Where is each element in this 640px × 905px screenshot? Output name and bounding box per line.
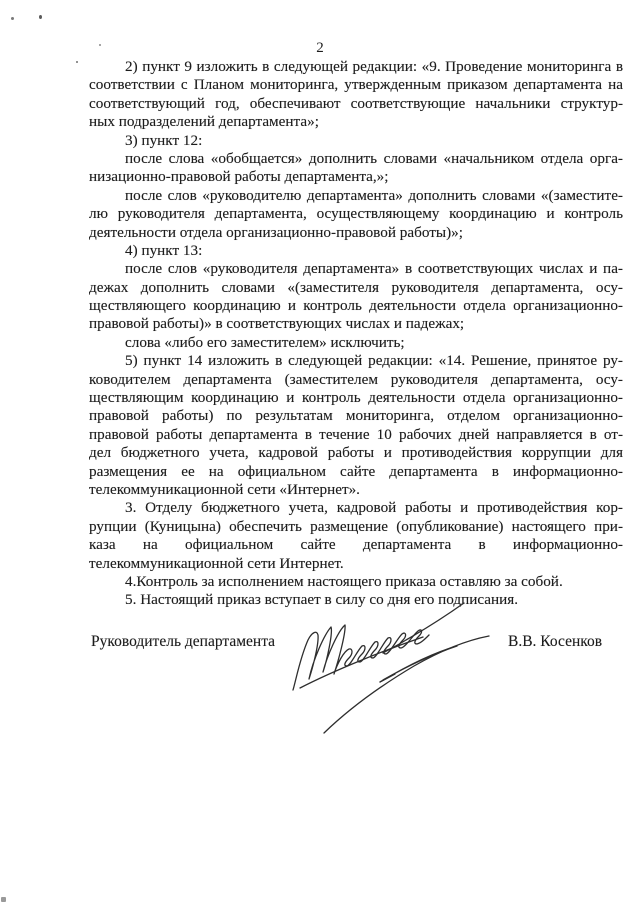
text-line: телекоммуникационной сети Интернет.	[89, 555, 623, 573]
text-line: после слова «обобщается» дополнить слова…	[89, 150, 623, 168]
text-line: размещения ее на официальном сайте депар…	[89, 463, 623, 481]
text-line: 3) пункт 12:	[89, 132, 623, 150]
scan-speck	[11, 17, 14, 20]
text-line: после слов «руководителю департамента» д…	[89, 187, 623, 205]
text-line: правовой работы)» в соответствующих числ…	[89, 315, 623, 333]
paragraph: 4) пункт 13:	[89, 242, 623, 260]
text-line: соответствующий год, обеспечивают соотве…	[89, 95, 623, 113]
text-line: ществляющего координацию и контроль деят…	[89, 297, 623, 315]
text-line: 5) пункт 14 изложить в следующей редакци…	[89, 352, 623, 370]
text-line: 2) пункт 9 изложить в следующей редакции…	[89, 58, 623, 76]
scan-speck	[76, 61, 78, 63]
signatory-name: В.В. Косенков	[508, 632, 602, 651]
scan-speck	[39, 15, 42, 19]
signature-block: Руководитель департамента В.В. Косенков	[0, 632, 640, 802]
paragraph: 3. Отделу бюджетного учета, кадровой раб…	[89, 499, 623, 573]
page-number: 2	[0, 40, 640, 56]
signature-role: Руководитель департамента	[91, 632, 275, 651]
text-line: дежах дополнить словами «(заместителя ру…	[89, 279, 623, 297]
text-line: лю руководителя департамента, осуществля…	[89, 205, 623, 223]
text-line: дел бюджетного учета, кадровой работы и …	[89, 444, 623, 462]
scan-speck	[99, 44, 101, 46]
paragraph: после слова «обобщается» дополнить слова…	[89, 150, 623, 187]
paragraph: 4.Контроль за исполнением настоящего при…	[89, 573, 623, 591]
text-line: телекоммуникационной сети «Интернет».	[89, 481, 623, 499]
text-line: ных подразделений департамента»;	[89, 113, 623, 131]
signature-scribble-icon	[280, 590, 520, 750]
document-body: 2) пункт 9 изложить в следующей редакции…	[89, 58, 623, 610]
text-line: 3. Отделу бюджетного учета, кадровой раб…	[89, 499, 623, 517]
text-line: соответствии с Планом мониторинга, утвер…	[89, 76, 623, 94]
text-line: ководителем департамента (заместителем р…	[89, 371, 623, 389]
text-line: 4.Контроль за исполнением настоящего при…	[89, 573, 623, 591]
text-line: 4) пункт 13:	[89, 242, 623, 260]
paragraph: слова «либо его заместителем» исключить;	[89, 334, 623, 352]
document-page: 2 2) пункт 9 изложить в следующей редакц…	[0, 0, 640, 905]
text-line: правовой работы департамента в течение 1…	[89, 426, 623, 444]
scan-speck	[1, 897, 6, 902]
text-line: деятельности отдела организационно-право…	[89, 224, 623, 242]
paragraph: 5) пункт 14 изложить в следующей редакци…	[89, 352, 623, 499]
text-line: правовой работы) по результатам монитори…	[89, 407, 623, 425]
text-line: каза на официальном сайте департамента в…	[89, 536, 623, 554]
text-line: слова «либо его заместителем» исключить;	[89, 334, 623, 352]
text-line: после слов «руководителя департамента» в…	[89, 260, 623, 278]
paragraph: после слов «руководителя департамента» в…	[89, 260, 623, 334]
text-line: ществляющим координацию и контроль деяте…	[89, 389, 623, 407]
paragraph: после слов «руководителю департамента» д…	[89, 187, 623, 242]
paragraph: 2) пункт 9 изложить в следующей редакции…	[89, 58, 623, 132]
text-line: низационно-правовой работы департамента,…	[89, 168, 623, 186]
paragraph: 3) пункт 12:	[89, 132, 623, 150]
text-line: рупции (Куницына) обеспечить размещение …	[89, 518, 623, 536]
